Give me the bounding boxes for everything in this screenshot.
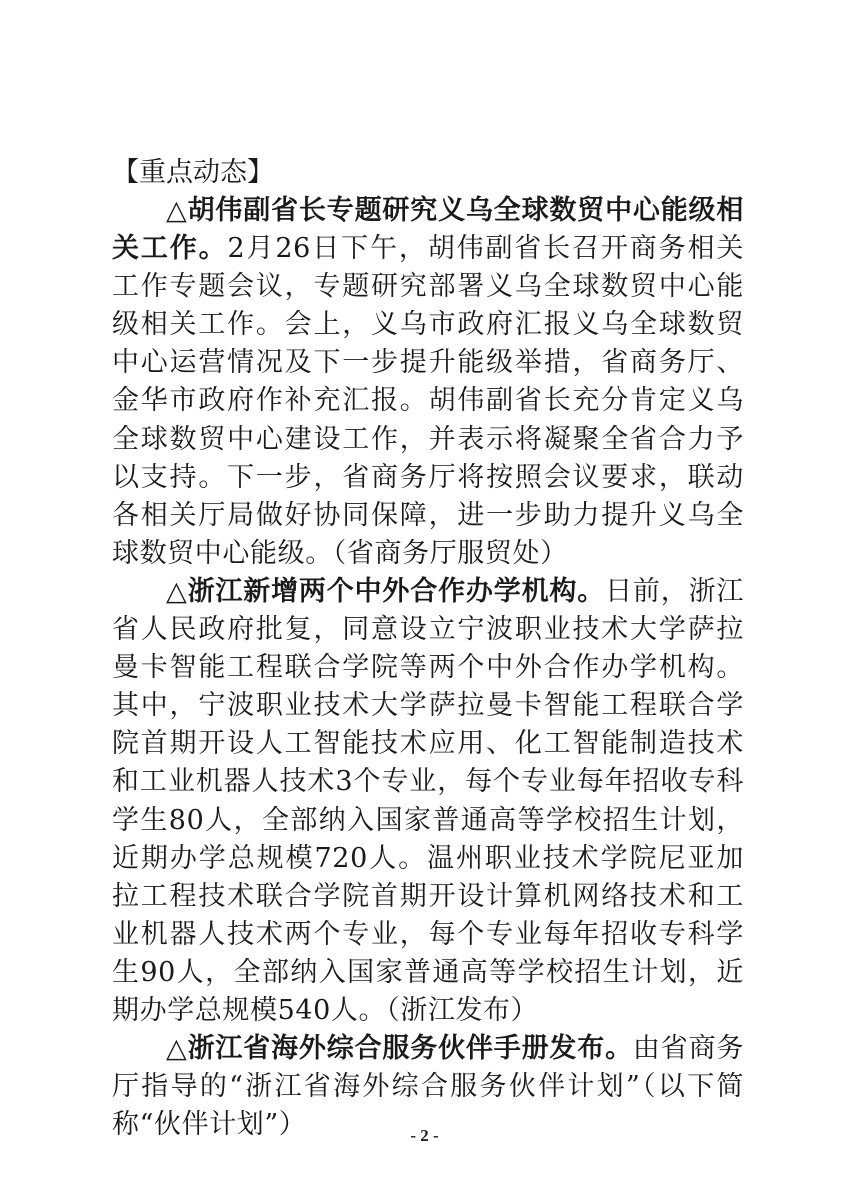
document-page: 【重点动态】 △胡伟副省长专题研究义乌全球数贸中心能级相关工作。2月26日下午，… bbox=[112, 154, 744, 1144]
news-item-body: 日前，浙江省人民政府批复，同意设立宁波职业技术大学萨拉曼卡智能工程联合学院等两个… bbox=[112, 576, 744, 1026]
news-item: △胡伟副省长专题研究义乌全球数贸中心能级相关工作。2月26日下午，胡伟副省长召开… bbox=[112, 192, 744, 573]
news-item-title: △浙江新增两个中外合作办学机构。 bbox=[166, 576, 605, 607]
section-heading: 【重点动态】 bbox=[112, 154, 744, 192]
page-number: - 2 - bbox=[0, 1126, 849, 1146]
news-item-title: △浙江省海外综合服务伙伴手册发布。 bbox=[166, 1033, 633, 1064]
news-item: △浙江新增两个中外合作办学机构。日前，浙江省人民政府批复，同意设立宁波职业技术大… bbox=[112, 573, 744, 1030]
news-item-body: 2月26日下午，胡伟副省长召开商务相关工作专题会议，专题研究部署义乌全球数贸中心… bbox=[112, 233, 744, 569]
